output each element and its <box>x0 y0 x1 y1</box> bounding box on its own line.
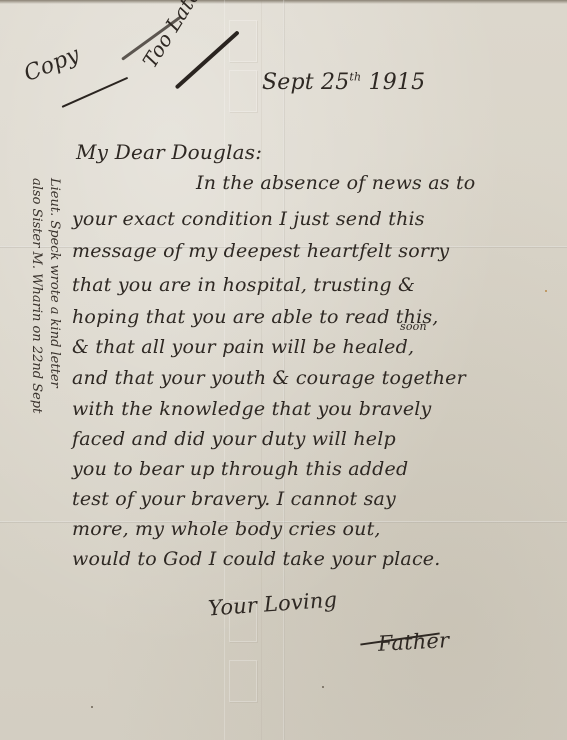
annotation-copy-underline <box>62 77 129 108</box>
body-line: faced and did your duty will help <box>72 428 396 450</box>
signature: Father <box>377 628 449 656</box>
inserted-word: soon <box>400 320 427 333</box>
letter-page: Copy Too Late Sept 25th 1915 My Dear Dou… <box>0 0 567 740</box>
margin-note-line-2: also Sister M. Wharin on 22nd Sept <box>29 178 44 413</box>
body-line: test of your bravery. I cannot say <box>72 488 396 510</box>
body-line: more, my whole body cries out, <box>72 518 381 540</box>
body-line: your exact condition I just send this <box>72 208 425 230</box>
paper-speck <box>545 290 547 292</box>
letter-date: Sept 25th 1915 <box>262 70 425 95</box>
margin-note-line-1: Lieut. Speck wrote a kind letter <box>47 178 62 388</box>
paper-speck <box>91 706 93 708</box>
paper-speck <box>322 686 324 688</box>
body-line: message of my deepest heartfelt sorry <box>72 240 449 262</box>
salutation: My Dear Douglas: <box>76 140 262 164</box>
body-line: you to bear up through this added <box>72 458 408 480</box>
body-line: and that your youth & courage together <box>72 367 466 389</box>
body-line: hoping that you are able to read this, <box>72 306 439 328</box>
body-line: would to God I could take your place. <box>72 548 440 570</box>
annotation-too-late: Too Late <box>138 0 205 72</box>
body-line: with the knowledge that you bravely <box>72 398 431 420</box>
body-line: & that all your pain will be healed, <box>72 336 414 358</box>
body-line: that you are in hospital, trusting & <box>72 274 415 296</box>
annotation-copy: Copy <box>21 42 84 87</box>
body-line: In the absence of news as to <box>196 172 475 194</box>
